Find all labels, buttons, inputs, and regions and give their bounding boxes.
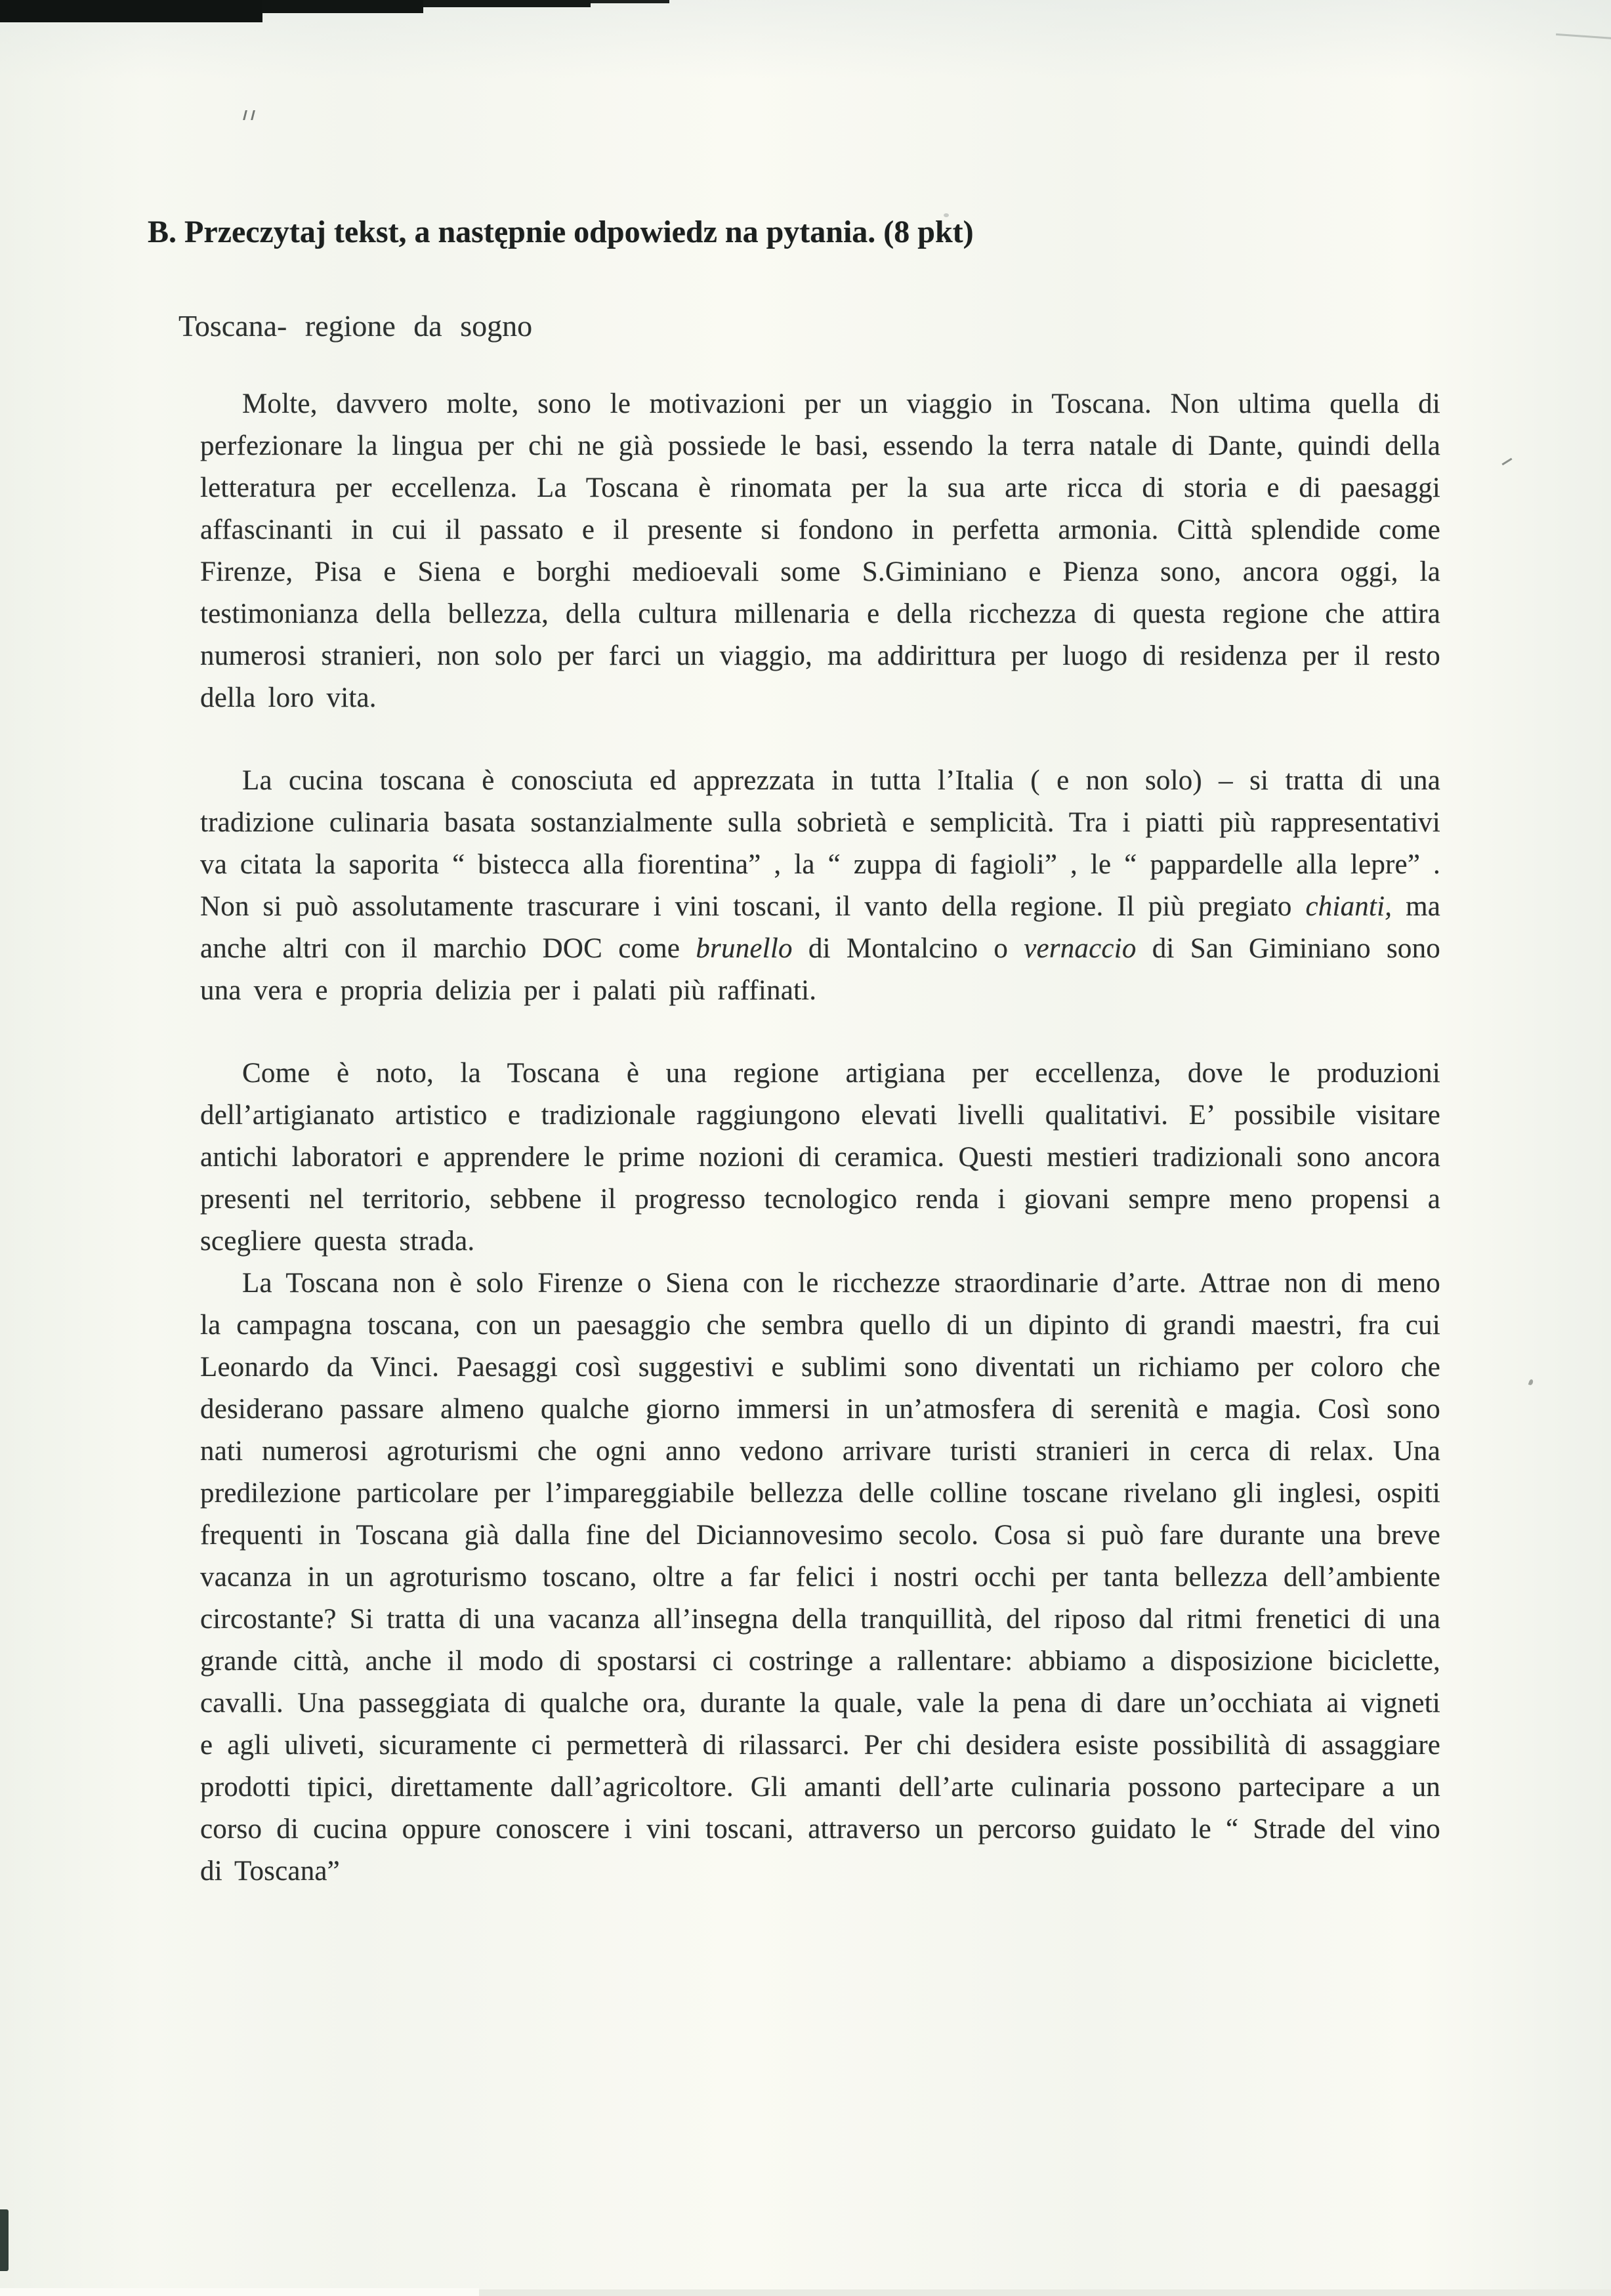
scanned-exam-page: B. Przeczytaj tekst, a następnie odpowie… [0,0,1611,2296]
paragraph: La Toscana non è solo Firenze o Siena co… [200,1263,1440,1892]
reading-text-body: Molte, davvero molte, sono le motivazion… [200,383,1440,1892]
paragraph: Come è noto, la Toscana è una regione ar… [200,1053,1440,1263]
scan-artifact-top-right-line [1556,33,1611,39]
text-segment: di Montalcino o [793,933,1024,964]
text-segment: Come è noto, la Toscana è una regione ar… [200,1058,1440,1257]
reading-text-title: Toscana- regione da sogno [178,308,532,343]
scan-artifact-bottom-left-band [0,2288,479,2296]
italic-text-segment: vernaccio [1024,933,1136,964]
paragraph: Molte, davvero molte, sono le motivazion… [200,383,1440,719]
scan-artifact-speck [243,110,255,120]
scan-artifact-left-edge-strip [0,2209,9,2271]
scan-artifact-speck [1501,458,1512,466]
scan-bar-segment [0,0,262,22]
text-segment: La Toscana non è solo Firenze o Siena co… [200,1268,1440,1887]
text-segment: Molte, davvero molte, sono le motivazion… [200,388,1440,713]
italic-text-segment: chianti, [1305,891,1392,922]
scan-artifact-speck [1528,1379,1534,1385]
section-heading: B. Przeczytaj tekst, a następnie odpowie… [148,214,974,250]
paragraph: La cucina toscana è conosciuta ed apprez… [200,760,1440,1012]
text-segment: La cucina toscana è conosciuta ed apprez… [200,765,1440,922]
italic-text-segment: brunello [696,933,792,964]
